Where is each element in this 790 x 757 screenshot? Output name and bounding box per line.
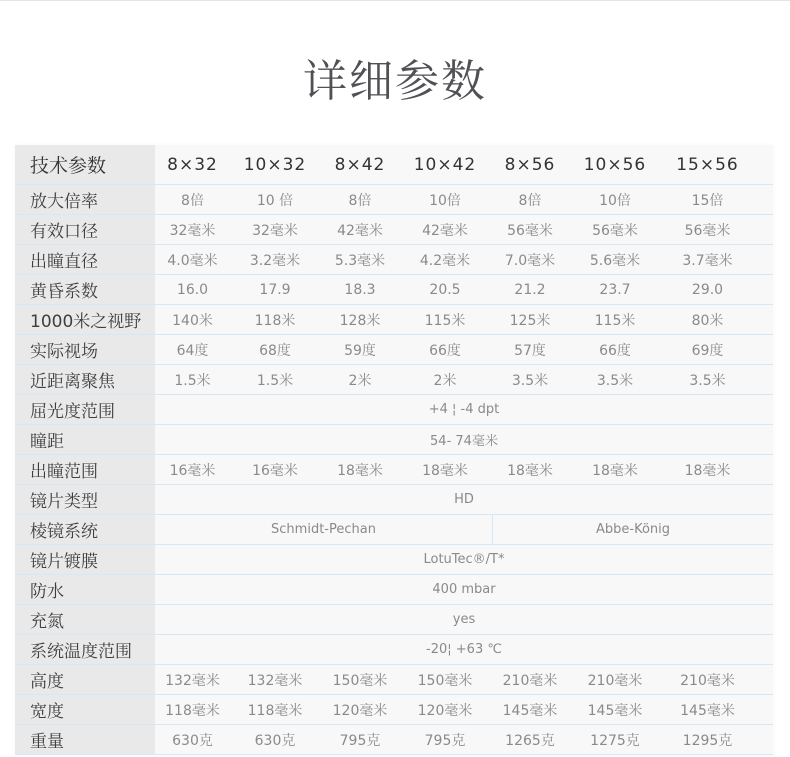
table-row: 出瞳直径4.0毫米3.2毫米5.3毫米4.2毫米7.0毫米5.6毫米3.7毫米 (15, 245, 773, 275)
top-divider (0, 0, 790, 1)
table-cell: 56毫米 (490, 215, 570, 244)
table-row: 镜片镀膜LotuTec®/T* (15, 545, 773, 575)
table-cell: 150毫米 (400, 665, 490, 694)
table-cell: 118毫米 (230, 695, 320, 724)
table-cell: 128米 (320, 305, 400, 334)
table-row: 出瞳范围16毫米16毫米18毫米18毫米18毫米18毫米18毫米 (15, 455, 773, 485)
table-cell: 3.2毫米 (230, 245, 320, 274)
row-label: 1000米之视野 (15, 305, 155, 334)
table-cell: 8倍 (320, 185, 400, 214)
table-row: 屈光度范围+4 ¦ -4 dpt (15, 395, 773, 425)
row-label: 实际视场 (15, 335, 155, 364)
table-cell: 20.5 (400, 275, 490, 304)
table-cell: 3.5米 (490, 365, 570, 394)
table-cell: 18毫米 (320, 455, 400, 484)
table-cell: 145毫米 (490, 695, 570, 724)
table-cell-merged: -20¦ +63 ℃ (155, 635, 773, 664)
table-row: 1000米之视野140米118米128米115米125米115米80米 (15, 305, 773, 335)
table-cell: 5.6毫米 (570, 245, 660, 274)
table-row: 高度132毫米132毫米150毫米150毫米210毫米210毫米210毫米 (15, 665, 773, 695)
table-row: 瞳距54- 74毫米 (15, 425, 773, 455)
table-cell: 57度 (490, 335, 570, 364)
table-cell: 1.5米 (230, 365, 320, 394)
table-cell: 118毫米 (155, 695, 230, 724)
table-cell: 8倍 (490, 185, 570, 214)
table-cell: 2米 (320, 365, 400, 394)
table-row: 有效口径32毫米32毫米42毫米42毫米56毫米56毫米56毫米 (15, 215, 773, 245)
table-cell: 210毫米 (660, 665, 773, 694)
row-label: 充氮 (15, 605, 155, 634)
model-header: 10×56 (570, 145, 660, 184)
table-cell: 64度 (155, 335, 230, 364)
row-label: 镜片类型 (15, 485, 155, 514)
table-row: 棱镜系统Schmidt-PechanAbbe-König (15, 515, 773, 545)
table-cell: 120毫米 (320, 695, 400, 724)
table-cell: 210毫米 (490, 665, 570, 694)
table-cell: 66度 (570, 335, 660, 364)
table-cell-merged: HD (155, 485, 773, 514)
table-cell: 145毫米 (570, 695, 660, 724)
table-cell: 630克 (155, 725, 230, 754)
table-header-row: 技术参数 8×32 10×32 8×42 10×42 8×56 10×56 15… (15, 145, 773, 185)
row-label: 屈光度范围 (15, 395, 155, 424)
table-cell: 150毫米 (320, 665, 400, 694)
table-cell-merged: yes (155, 605, 773, 634)
table-cell: 115米 (400, 305, 490, 334)
table-cell: 125米 (490, 305, 570, 334)
table-cell: 32毫米 (155, 215, 230, 244)
table-cell: 1.5米 (155, 365, 230, 394)
table-cell-merged-right: Abbe-König (493, 515, 773, 544)
spec-table: 技术参数 8×32 10×32 8×42 10×42 8×56 10×56 15… (15, 145, 773, 755)
table-row: 宽度118毫米118毫米120毫米120毫米145毫米145毫米145毫米 (15, 695, 773, 725)
table-cell: 16毫米 (155, 455, 230, 484)
table-cell: 80米 (660, 305, 773, 334)
table-cell: 120毫米 (400, 695, 490, 724)
table-cell: 18毫米 (660, 455, 773, 484)
table-cell: 15倍 (660, 185, 773, 214)
row-label: 黄昏系数 (15, 275, 155, 304)
table-cell: 59度 (320, 335, 400, 364)
table-cell: 3.5米 (660, 365, 773, 394)
table-cell: 140米 (155, 305, 230, 334)
model-header: 10×32 (230, 145, 320, 184)
table-row: 放大倍率8倍10 倍8倍10倍8倍10倍15倍 (15, 185, 773, 215)
table-cell: 42毫米 (400, 215, 490, 244)
table-cell: 630克 (230, 725, 320, 754)
table-cell: 132毫米 (155, 665, 230, 694)
page-title: 详细参数 (0, 52, 790, 112)
table-cell: 2米 (400, 365, 490, 394)
table-cell: 1265克 (490, 725, 570, 754)
table-cell: 3.7毫米 (660, 245, 773, 274)
row-label: 出瞳直径 (15, 245, 155, 274)
row-label: 防水 (15, 575, 155, 604)
model-header: 8×32 (155, 145, 230, 184)
table-cell-merged: LotuTec®/T* (155, 545, 773, 574)
table-cell: 145毫米 (660, 695, 773, 724)
row-label: 重量 (15, 725, 155, 754)
row-label: 棱镜系统 (15, 515, 155, 544)
row-label: 放大倍率 (15, 185, 155, 214)
row-label: 有效口径 (15, 215, 155, 244)
table-cell: 16毫米 (230, 455, 320, 484)
table-cell: 42毫米 (320, 215, 400, 244)
table-cell: 7.0毫米 (490, 245, 570, 274)
table-cell: 18.3 (320, 275, 400, 304)
table-cell-merged: 400 mbar (155, 575, 773, 604)
table-row: 重量630克630克795克795克1265克1275克1295克 (15, 725, 773, 755)
table-cell: 29.0 (660, 275, 773, 304)
table-cell: 56毫米 (660, 215, 773, 244)
table-cell: 10倍 (400, 185, 490, 214)
model-header: 8×42 (320, 145, 400, 184)
table-cell-merged: 54- 74毫米 (155, 425, 773, 454)
table-cell: 32毫米 (230, 215, 320, 244)
table-cell: 18毫米 (570, 455, 660, 484)
model-header: 8×56 (490, 145, 570, 184)
table-cell: 1295克 (660, 725, 773, 754)
table-cell: 18毫米 (490, 455, 570, 484)
table-row: 实际视场64度68度59度66度57度66度69度 (15, 335, 773, 365)
row-label: 近距离聚焦 (15, 365, 155, 394)
table-cell: 21.2 (490, 275, 570, 304)
row-label: 瞳距 (15, 425, 155, 454)
table-row: 系统温度范围-20¦ +63 ℃ (15, 635, 773, 665)
table-cell-merged: +4 ¦ -4 dpt (155, 395, 773, 424)
row-label: 系统温度范围 (15, 635, 155, 664)
table-cell: 115米 (570, 305, 660, 334)
table-cell: 4.0毫米 (155, 245, 230, 274)
table-row: 近距离聚焦1.5米1.5米2米2米3.5米3.5米3.5米 (15, 365, 773, 395)
table-row: 黄昏系数16.017.918.320.521.223.729.0 (15, 275, 773, 305)
model-header: 10×42 (400, 145, 490, 184)
row-label: 宽度 (15, 695, 155, 724)
table-cell: 66度 (400, 335, 490, 364)
table-cell: 1275克 (570, 725, 660, 754)
table-cell: 10 倍 (230, 185, 320, 214)
table-cell: 795克 (400, 725, 490, 754)
header-label: 技术参数 (15, 145, 155, 184)
table-cell: 132毫米 (230, 665, 320, 694)
table-cell: 17.9 (230, 275, 320, 304)
table-cell: 68度 (230, 335, 320, 364)
model-header: 15×56 (660, 145, 773, 184)
table-cell: 56毫米 (570, 215, 660, 244)
table-cell: 118米 (230, 305, 320, 334)
table-row: 防水400 mbar (15, 575, 773, 605)
table-cell-merged-left: Schmidt-Pechan (155, 515, 493, 544)
row-label: 出瞳范围 (15, 455, 155, 484)
table-cell: 8倍 (155, 185, 230, 214)
table-row: 镜片类型HD (15, 485, 773, 515)
row-label: 镜片镀膜 (15, 545, 155, 574)
table-cell: 795克 (320, 725, 400, 754)
table-cell: 4.2毫米 (400, 245, 490, 274)
table-cell: 5.3毫米 (320, 245, 400, 274)
table-cell: 23.7 (570, 275, 660, 304)
table-cell: 3.5米 (570, 365, 660, 394)
table-cell: 69度 (660, 335, 773, 364)
table-cell: 16.0 (155, 275, 230, 304)
table-cell: 18毫米 (400, 455, 490, 484)
table-row: 充氮yes (15, 605, 773, 635)
row-label: 高度 (15, 665, 155, 694)
table-cell: 10倍 (570, 185, 660, 214)
table-cell: 210毫米 (570, 665, 660, 694)
